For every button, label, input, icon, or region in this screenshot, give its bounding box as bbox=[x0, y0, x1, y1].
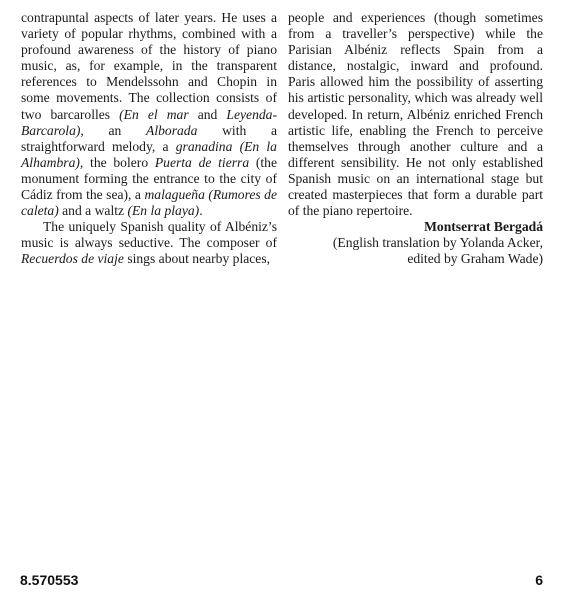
left-column: contrapuntal aspects of later years. He … bbox=[21, 10, 277, 268]
author-signature: Montserrat Bergadá bbox=[288, 219, 543, 235]
italic-title: (En el mar bbox=[119, 107, 188, 122]
text: contrapuntal aspects of later years. He … bbox=[21, 10, 277, 122]
text: . bbox=[199, 203, 202, 218]
italic-title: (En la playa) bbox=[127, 203, 199, 218]
text: an bbox=[84, 123, 146, 138]
paragraph: contrapuntal aspects of later years. He … bbox=[21, 10, 277, 219]
catalog-number: 8.570553 bbox=[20, 572, 78, 588]
text: The uniquely Spanish quality of Albéniz’… bbox=[21, 219, 277, 250]
text: and a waltz bbox=[59, 203, 128, 218]
text: and bbox=[189, 107, 227, 122]
page-number: 6 bbox=[535, 572, 543, 588]
translation-credit-line2: edited by Graham Wade) bbox=[288, 251, 543, 267]
paragraph: The uniquely Spanish quality of Albéniz’… bbox=[21, 219, 277, 267]
italic-title: Alborada bbox=[146, 123, 197, 138]
paragraph: people and experiences (though sometimes… bbox=[288, 10, 543, 219]
translation-credit-line1: (English translation by Yolanda Acker, bbox=[288, 235, 543, 251]
text: the bolero bbox=[83, 155, 155, 170]
text: sings about nearby places, bbox=[124, 251, 270, 266]
italic-title: Recuerdos de viaje bbox=[21, 251, 124, 266]
right-column: people and experiences (though sometimes… bbox=[288, 10, 543, 268]
italic-title: Puerta de tierra bbox=[155, 155, 249, 170]
